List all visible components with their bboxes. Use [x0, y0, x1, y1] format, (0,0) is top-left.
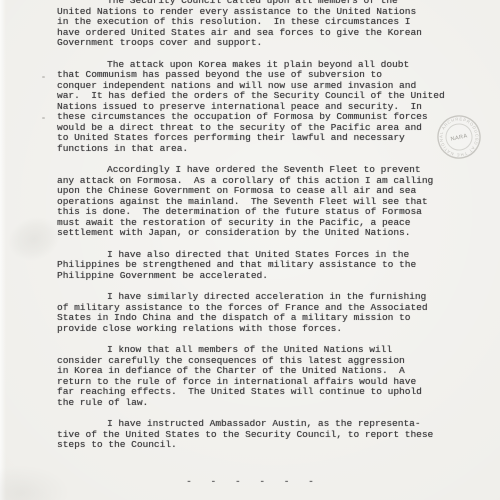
text-line: States in Indo China and the dispatch of… — [57, 313, 449, 324]
text-line: settlement with Japan, or consideration … — [57, 228, 449, 239]
text-line: the rule of law. — [57, 398, 449, 409]
text-line: in the execution of this resolution. In … — [57, 17, 449, 28]
text-line: Philippine Government be accelerated. — [57, 271, 449, 282]
text-line: Philippines be strengthened and that mil… — [57, 260, 449, 271]
scanned-page: The Security Council called upon all mem… — [0, 0, 500, 500]
text-line: war. It has defied the orders of the Sec… — [57, 91, 449, 102]
paper-speck — [42, 76, 45, 78]
text-line: to United States forces performing their… — [57, 133, 449, 144]
paragraph: I have instructed Ambassador Austin, as … — [57, 419, 449, 451]
paper-speck — [42, 117, 45, 119]
text-line: that Communism has passed beyond the use… — [57, 70, 449, 81]
paragraph: The Security Council called upon all mem… — [57, 0, 449, 49]
text-line: in Korea in defiance of the Charter of t… — [57, 366, 449, 377]
paragraph: I know that all members of the United Na… — [57, 345, 449, 408]
text-line: this is done. The determination of the f… — [57, 207, 449, 218]
text-line: Accordingly I have ordered the Seventh F… — [57, 165, 449, 176]
text-line: steps to the Council. — [57, 440, 449, 451]
text-line: I know that all members of the United Na… — [57, 345, 449, 356]
paragraph: I have also directed that United States … — [57, 250, 449, 282]
document-body-text: The Security Council called upon all mem… — [57, 0, 449, 462]
paragraph: I have similarly directed acceleration i… — [57, 292, 449, 334]
text-line: these circumstances the occupation of Fo… — [57, 112, 449, 123]
text-line: Government troops cover and support. — [57, 38, 449, 49]
paragraph: Accordingly I have ordered the Seventh F… — [57, 165, 449, 239]
paragraph: The attack upon Korea makes it plain bey… — [57, 60, 449, 155]
text-line: upon the Chinese Government on Formosa t… — [57, 186, 449, 197]
text-line: provide close working relations with tho… — [57, 324, 449, 335]
end-of-page-dashes: - - - - - - — [0, 476, 500, 487]
text-line: I have similarly directed acceleration i… — [57, 292, 449, 303]
text-line: far reaching effects. The United States … — [57, 387, 449, 398]
nara-archive-stamp-icon: REPRODUCED AT THE NATIONAL ARCHIVES NARA — [431, 109, 488, 166]
text-line: I have instructed Ambassador Austin, as … — [57, 419, 449, 430]
text-line: functions in that area. — [57, 144, 449, 155]
